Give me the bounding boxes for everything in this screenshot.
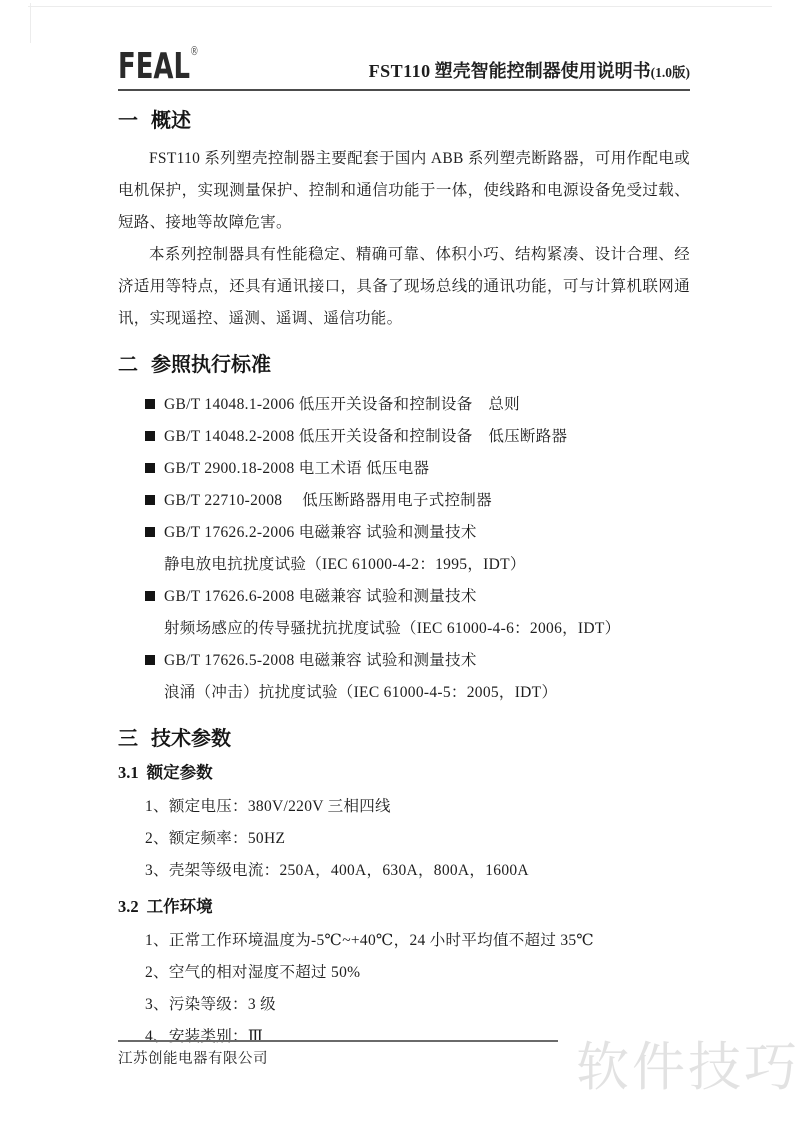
square-bullet-icon [145,591,155,601]
subsection-title: 额定参数 [147,761,213,785]
page-header: FEAL® FST110塑壳智能控制器使用说明书(1.0版) [118,0,690,84]
parameter-item: 2、额定频率：50HZ [145,823,690,855]
standard-item: GB/T 14048.2-2008 低压开关设备和控制设备 低压断路器 [145,421,690,453]
standard-item: GB/T 14048.1-2006 低压开关设备和控制设备 总则 [145,389,690,421]
subsection-number: 3.1 [118,761,139,785]
square-bullet-icon [145,399,155,409]
document-title-version: (1.0版) [651,65,690,80]
standard-item: GB/T 17626.5-2008 电磁兼容 试验和测量技术 浪涌（冲击）抗扰度… [145,645,690,709]
overview-paragraph: FST110 系列塑壳控制器主要配套于国内 ABB 系列塑壳断路器，可用作配电或… [118,143,690,239]
square-bullet-icon [145,463,155,473]
square-bullet-icon [145,655,155,665]
section-title: 技术参数 [151,725,231,753]
standard-text: GB/T 17626.6-2008 电磁兼容 试验和测量技术 [164,588,477,605]
parameter-item: 3、污染等级：3 级 [145,989,690,1021]
square-bullet-icon [145,527,155,537]
scan-edge-artifact [30,3,31,43]
scan-edge-artifact [28,6,772,7]
section-tech-parameters: 三 技术参数 3.1 额定参数 1、额定电压：380V/220V 三相四线 2、… [118,725,690,1053]
document-page: FEAL® FST110塑壳智能控制器使用说明书(1.0版) 一 概述 FST1… [0,0,800,1132]
subsection-number: 3.2 [118,895,139,919]
parameter-item: 1、正常工作环境温度为-5℃~+40℃，24 小时平均值不超过 35℃ [145,925,690,957]
section-heading-overview: 一 概述 [118,107,690,135]
header-divider [118,89,690,91]
subsection-title: 工作环境 [147,895,213,919]
subsection-rated-parameters: 3.1 额定参数 1、额定电压：380V/220V 三相四线 2、额定频率：50… [118,761,690,887]
section-number: 一 [118,107,138,135]
registered-trademark-icon: ® [190,44,199,58]
standard-text: GB/T 14048.1-2006 低压开关设备和控制设备 总则 [164,396,520,413]
overview-paragraph: 本系列控制器具有性能稳定、精确可靠、体积小巧、结构紧凑、设计合理、经济适用等特点… [118,239,690,335]
company-name: 江苏创能电器有限公司 [118,1042,558,1068]
rated-parameter-list: 1、额定电压：380V/220V 三相四线 2、额定频率：50HZ 3、壳架等级… [118,791,690,887]
section-title: 参照执行标准 [151,351,271,379]
standards-list: GB/T 14048.1-2006 低压开关设备和控制设备 总则 GB/T 14… [118,389,690,709]
section-title: 概述 [151,107,191,135]
standard-text: GB/T 17626.2-2006 电磁兼容 试验和测量技术 [164,524,477,541]
standard-text: GB/T 22710-2008 低压断路器用电子式控制器 [164,492,492,509]
square-bullet-icon [145,431,155,441]
section-number: 二 [118,351,138,379]
section-heading-tech: 三 技术参数 [118,725,690,753]
standard-subtext: 浪涌（冲击）抗扰度试验（IEC 61000-4-5：2005，IDT） [145,677,690,709]
standard-subtext: 射频场感应的传导骚扰抗扰度试验（IEC 61000-4-6：2006，IDT） [145,613,690,645]
standard-text: GB/T 2900.18-2008 电工术语 低压电器 [164,460,429,477]
section-overview: 一 概述 FST110 系列塑壳控制器主要配套于国内 ABB 系列塑壳断路器，可… [118,107,690,335]
watermark-text: 软件技巧 [576,1036,800,1100]
environment-parameter-list: 1、正常工作环境温度为-5℃~+40℃，24 小时平均值不超过 35℃ 2、空气… [118,925,690,1053]
section-heading-standards: 二 参照执行标准 [118,351,690,379]
parameter-item: 1、额定电压：380V/220V 三相四线 [145,791,690,823]
section-standards: 二 参照执行标准 GB/T 14048.1-2006 低压开关设备和控制设备 总… [118,351,690,709]
brand-logo-text: FEAL [118,46,190,87]
subsection-working-environment: 3.2 工作环境 1、正常工作环境温度为-5℃~+40℃，24 小时平均值不超过… [118,895,690,1053]
standard-item: GB/T 2900.18-2008 电工术语 低压电器 [145,453,690,485]
standard-item: GB/T 17626.6-2008 电磁兼容 试验和测量技术 射频场感应的传导骚… [145,581,690,645]
section-number: 三 [118,725,138,753]
document-title-model: FST110 [369,61,431,81]
parameter-item: 3、壳架等级电流：250A，400A，630A，800A，1600A [145,855,690,887]
parameter-item: 2、空气的相对湿度不超过 50% [145,957,690,989]
document-title: FST110塑壳智能控制器使用说明书(1.0版) [369,57,690,84]
standard-item: GB/T 22710-2008 低压断路器用电子式控制器 [145,485,690,517]
subsection-heading: 3.1 额定参数 [118,761,690,785]
page-footer: 江苏创能电器有限公司 [118,1040,558,1068]
standard-text: GB/T 14048.2-2008 低压开关设备和控制设备 低压断路器 [164,428,567,445]
standard-text: GB/T 17626.5-2008 电磁兼容 试验和测量技术 [164,652,477,669]
brand-logo: FEAL® [118,50,199,84]
document-title-name: 塑壳智能控制器使用说明书 [435,61,651,81]
subsection-heading: 3.2 工作环境 [118,895,690,919]
square-bullet-icon [145,495,155,505]
standard-subtext: 静电放电抗扰度试验（IEC 61000-4-2：1995，IDT） [145,549,690,581]
standard-item: GB/T 17626.2-2006 电磁兼容 试验和测量技术 静电放电抗扰度试验… [145,517,690,581]
